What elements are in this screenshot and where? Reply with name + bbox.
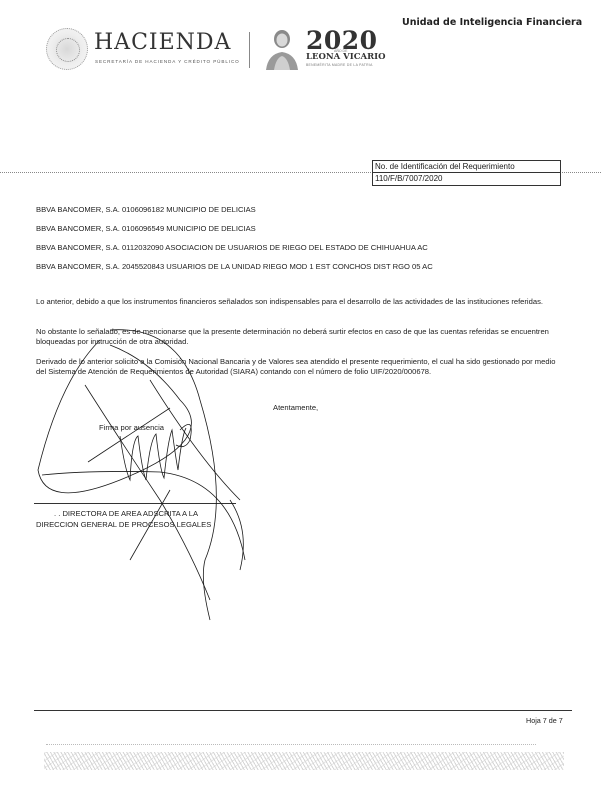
- signer-position-line2: DIRECCION GENERAL DE PROCESOS LEGALES: [36, 520, 211, 529]
- requirement-id-label: No. de Identificación del Requerimiento: [373, 161, 560, 173]
- security-band-top-line: [46, 744, 536, 745]
- signature-line: [34, 503, 236, 504]
- unit-name: Unidad de Inteligencia Financiera: [402, 17, 582, 28]
- commemoration-title: LEONA VICARIO: [306, 52, 386, 62]
- commemoration-subtitle: BENEMÉRITA MADRE DE LA PATRIA: [306, 63, 373, 67]
- footer-divider: [34, 710, 572, 711]
- security-pattern-overlay: [44, 752, 564, 770]
- signer-position-line1: . . DIRECTORA DE AREA ADSCRITA A LA: [54, 509, 198, 518]
- requirement-id-value: 110/F/B/7007/2020: [373, 173, 560, 184]
- logo-divider: [249, 32, 250, 68]
- coat-of-arms-seal-icon: [46, 28, 88, 70]
- account-line: BBVA BANCOMER, S.A. 0106096182 MUNICIPIO…: [36, 205, 256, 214]
- leona-vicario-portrait-icon: [262, 26, 302, 70]
- account-line: BBVA BANCOMER, S.A. 0106096549 MUNICIPIO…: [36, 224, 256, 233]
- account-line: BBVA BANCOMER, S.A. 0112032090 ASOCIACIO…: [36, 243, 428, 252]
- requirement-id-box: No. de Identificación del Requerimiento …: [372, 160, 561, 186]
- signature-note: Firma por ausencia: [99, 423, 164, 432]
- paragraph-request-cnbv: Derivado de lo anterior solicito a la Co…: [36, 357, 564, 377]
- paragraph-exception: No obstante lo señalado, es de mencionar…: [36, 327, 564, 347]
- salutation: Atentamente,: [273, 403, 318, 412]
- hacienda-logo-subtitle: SECRETARÍA DE HACIENDA Y CRÉDITO PÚBLICO: [95, 59, 240, 64]
- paragraph-justification: Lo anterior, debido a que los instrument…: [36, 297, 564, 307]
- account-line: BBVA BANCOMER, S.A. 2045520843 USUARIOS …: [36, 262, 433, 271]
- hacienda-logo-title: HACIENDA: [94, 30, 231, 55]
- handwritten-signature-icon: [0, 0, 601, 787]
- page-number: Hoja 7 de 7: [526, 716, 563, 725]
